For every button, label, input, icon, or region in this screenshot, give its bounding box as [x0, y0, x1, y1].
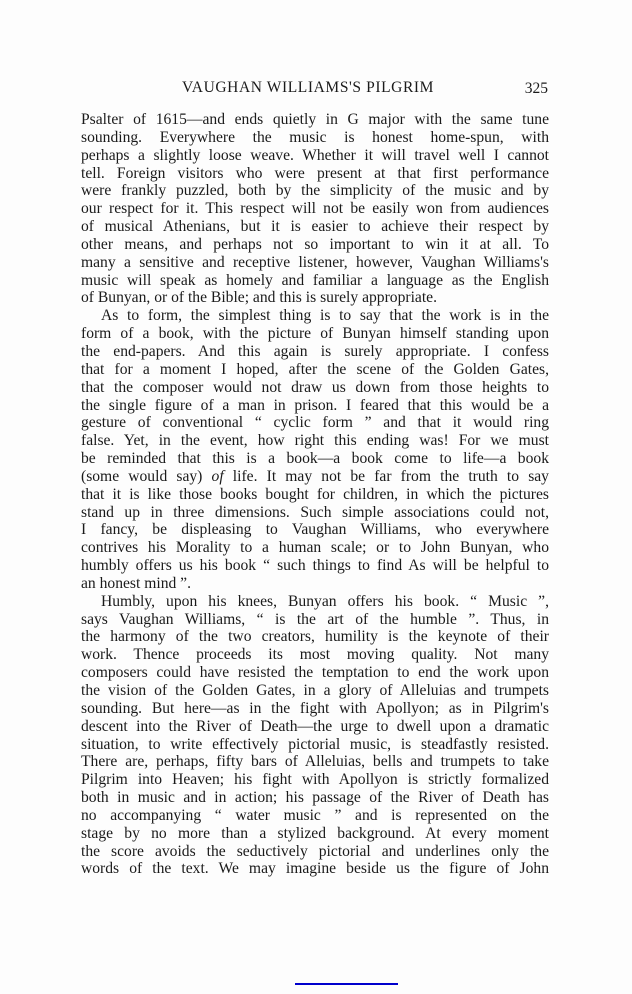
text-line: the score avoids the seductively pictori… [81, 843, 549, 861]
text-line: Humbly, upon his knees, Bunyan offers hi… [81, 593, 549, 611]
running-head: VAUGHAN WILLIAMS'S PILGRIM 325 [81, 79, 548, 99]
text-line: stand up in three dimensions. Such simpl… [81, 504, 549, 522]
text-line: Psalter of 1615—and ends quietly in G ma… [81, 111, 549, 129]
text-line: sounding. But here—as in the fight with … [81, 700, 549, 718]
text-line: I fancy, be displeasing to Vaughan Willi… [81, 521, 549, 539]
text-line: stage by no more than a stylized backgro… [81, 825, 549, 843]
text-line: the vision of the Golden Gates, in a glo… [81, 682, 549, 700]
text-line: be reminded that this is a book—a book c… [81, 450, 549, 468]
text-line: Pilgrim into Heaven; his fight with Apol… [81, 771, 549, 789]
text-line: an honest mind ”. [81, 575, 549, 593]
text-line: the harmony of the two creators, humilit… [81, 628, 549, 646]
text-line: perhaps a slightly loose weave. Whether … [81, 147, 549, 165]
text-line: There are, perhaps, fifty bars of Allelu… [81, 753, 549, 771]
text-line: the single figure of a man in prison. I … [81, 397, 549, 415]
text-line: work. Thence proceeds its most moving qu… [81, 646, 549, 664]
text-line: As to form, the simplest thing is to say… [81, 307, 549, 325]
text-line: that the composer would not draw us down… [81, 379, 549, 397]
text-line: gesture of conventional “ cyclic form ” … [81, 414, 549, 432]
text-line: of musical Athenians, but it is easier t… [81, 218, 549, 236]
footer-rule [295, 983, 398, 985]
text-line: sounding. Everywhere the music is honest… [81, 129, 549, 147]
text-line: of Bunyan, or of the Bible; and this is … [81, 289, 549, 307]
text-line: humbly offers us his book “ such things … [81, 557, 549, 575]
text-line: other means, and perhaps not so importan… [81, 236, 549, 254]
text-line: says Vaughan Williams, “ is the art of t… [81, 611, 549, 629]
text-line: that it is like those books bought for c… [81, 486, 549, 504]
text-line: no accompanying “ water music ” and is r… [81, 807, 549, 825]
text-line: the end-papers. And this again is surely… [81, 343, 549, 361]
text-line: situation, to write effectively pictoria… [81, 736, 549, 754]
text-line: form of a book, with the picture of Buny… [81, 325, 549, 343]
text-line: words of the text. We may imagine beside… [81, 860, 549, 878]
running-title: VAUGHAN WILLIAMS'S PILGRIM [182, 79, 434, 97]
text-line: (some would say) of life. It may not be … [81, 468, 549, 486]
text-line: descent into the River of Death—the urge… [81, 718, 549, 736]
text-line: our respect for it. This respect will no… [81, 200, 549, 218]
text-line: composers could have resisted the tempta… [81, 664, 549, 682]
page-number: 325 [525, 80, 548, 98]
document-page: VAUGHAN WILLIAMS'S PILGRIM 325 Psalter o… [0, 0, 632, 994]
text-line: were frankly puzzled, both by the simpli… [81, 182, 549, 200]
italic-word: of [212, 468, 224, 485]
text-line: that for a moment I hoped, after the sce… [81, 361, 549, 379]
text-line: false. Yet, in the event, how right this… [81, 432, 549, 450]
text-line: music will speak as homely and familiar … [81, 272, 549, 290]
body-text: Psalter of 1615—and ends quietly in G ma… [81, 111, 549, 878]
text-line: tell. Foreign visitors who were present … [81, 165, 549, 183]
text-line: both in music and in action; his passage… [81, 789, 549, 807]
text-line: many a sensitive and receptive listener,… [81, 254, 549, 272]
text-line: contrives his Morality to a human scale;… [81, 539, 549, 557]
